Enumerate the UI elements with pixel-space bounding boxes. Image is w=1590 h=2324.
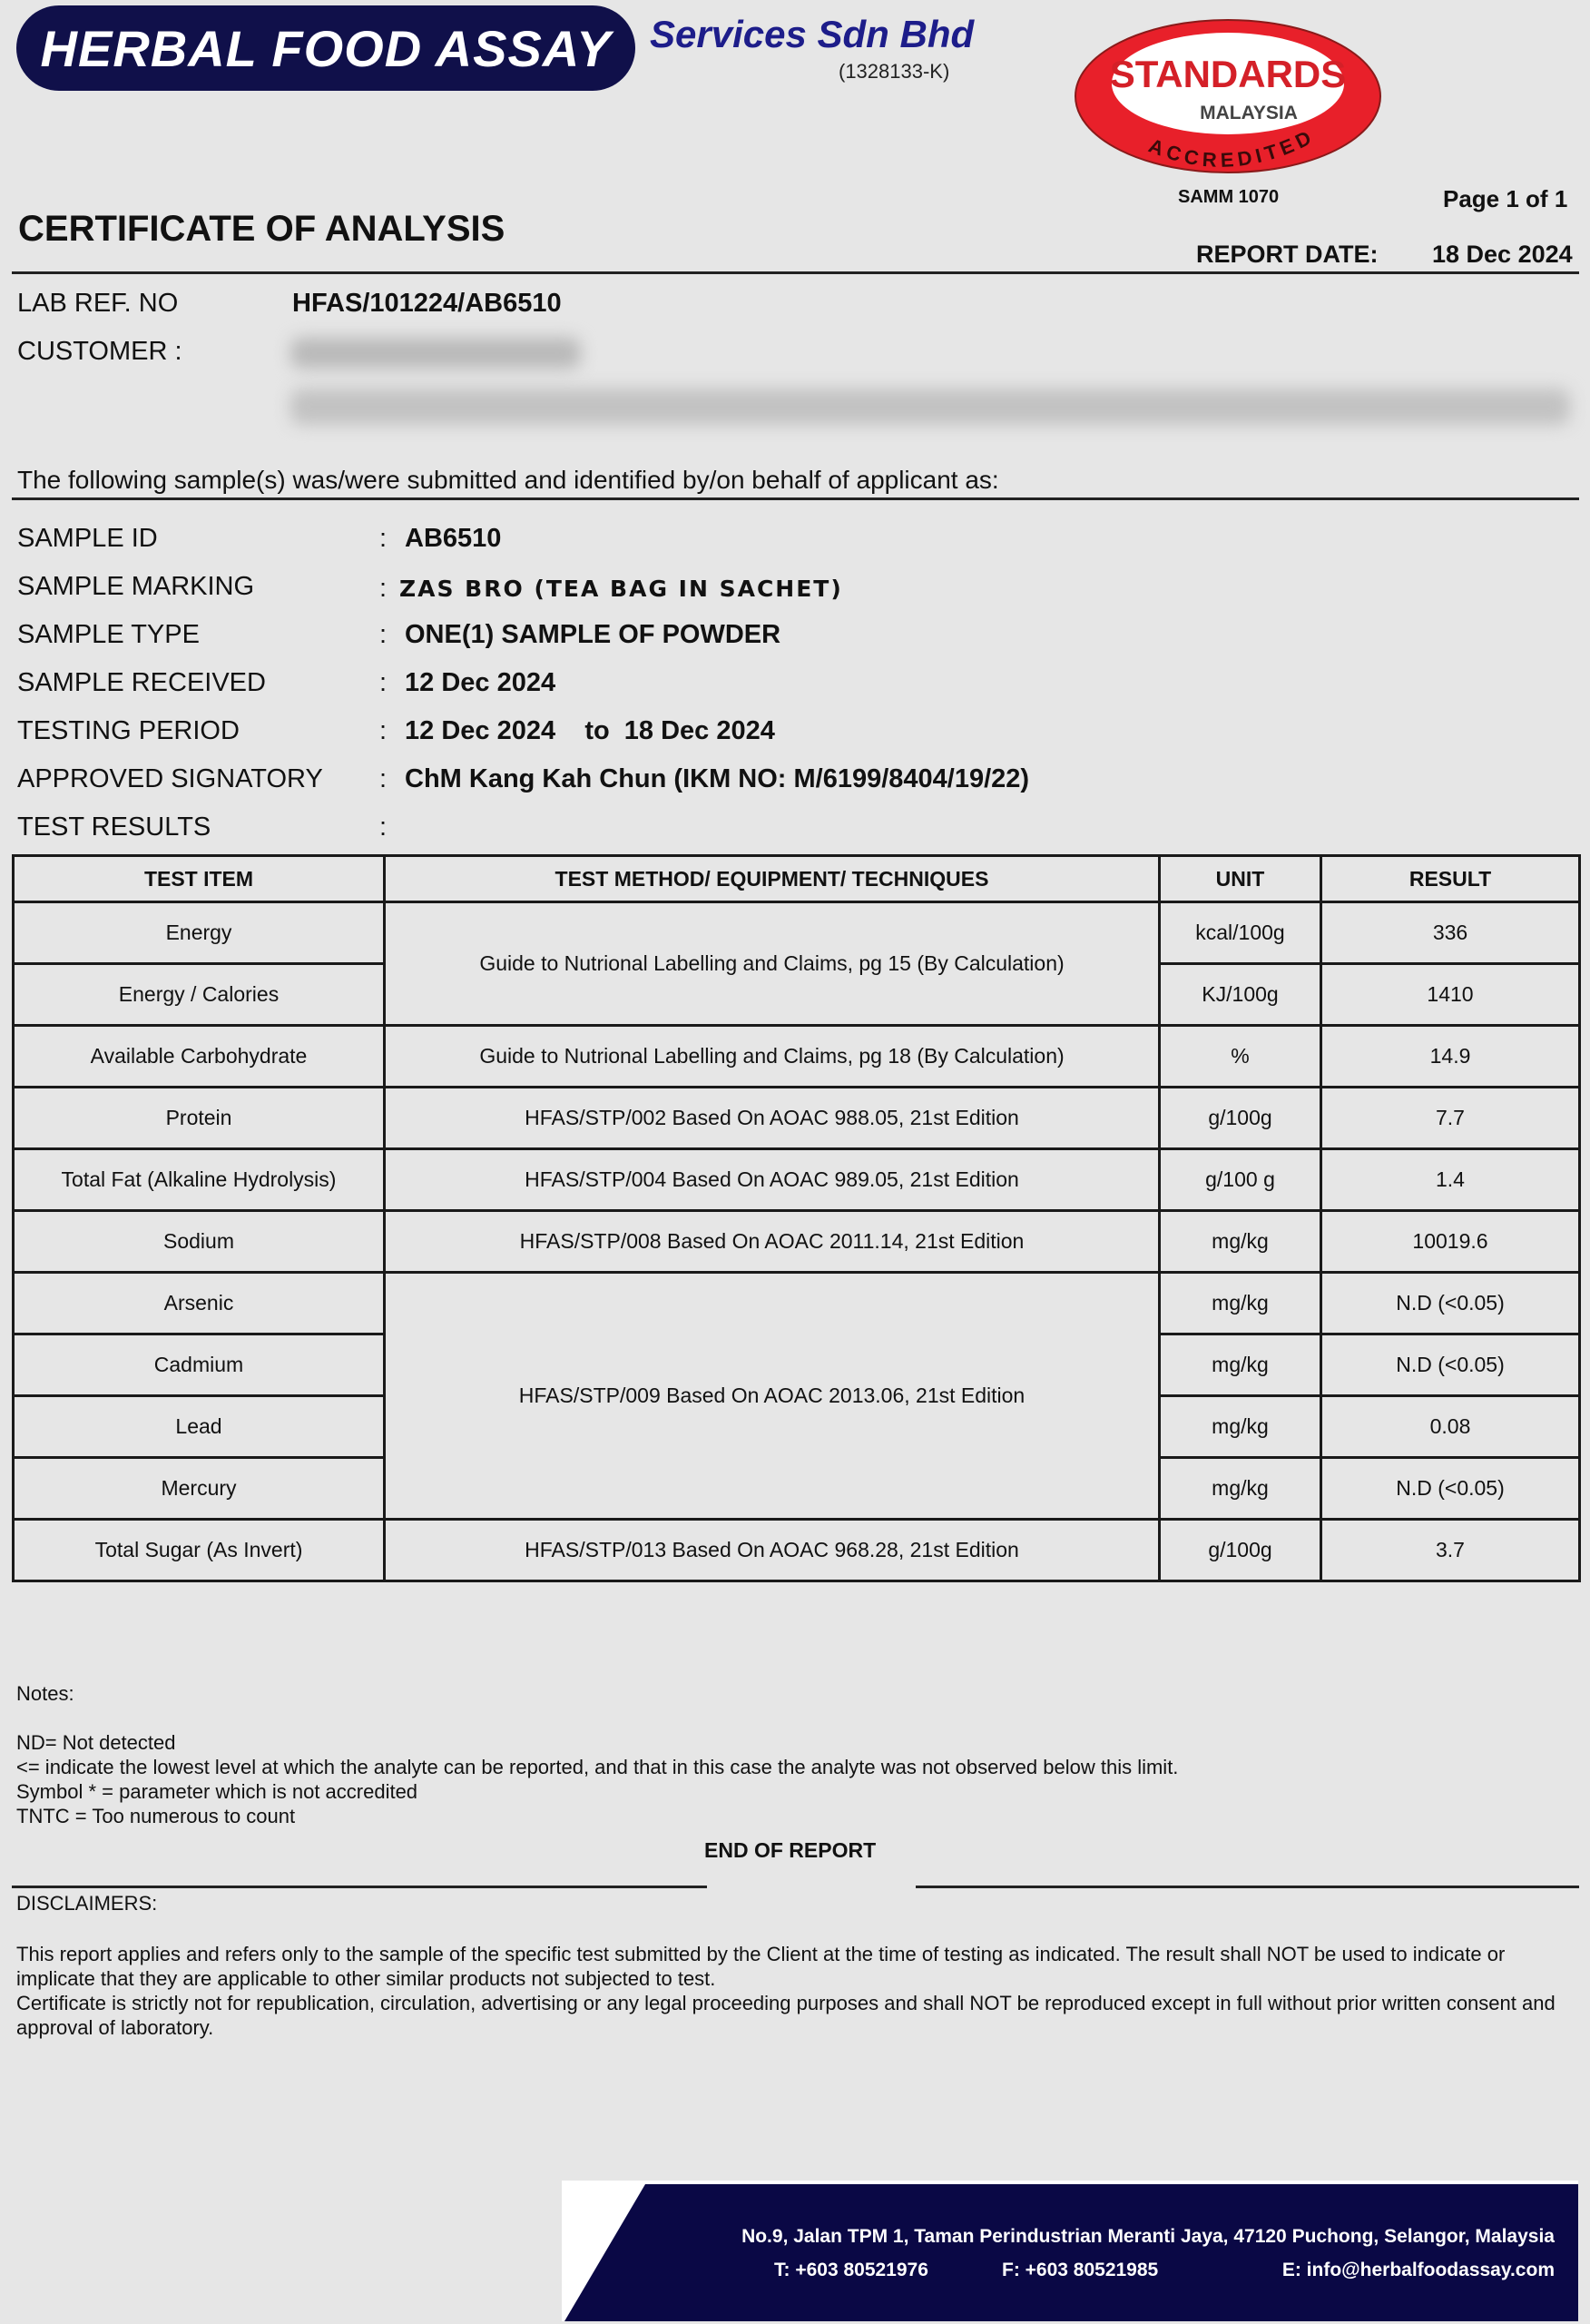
result: N.D (<0.05) — [1321, 1334, 1580, 1396]
unit: g/100g — [1160, 1520, 1321, 1581]
table-row: Protein HFAS/STP/002 Based On AOAC 988.0… — [14, 1088, 1580, 1149]
result: 336 — [1321, 902, 1580, 964]
disclaimer-line: Certificate is strictly not for republic… — [16, 1991, 1577, 2040]
unit: mg/kg — [1160, 1334, 1321, 1396]
test-method: HFAS/STP/002 Based On AOAC 988.05, 21st … — [385, 1088, 1160, 1149]
divider — [916, 1886, 1579, 1888]
unit: mg/kg — [1160, 1273, 1321, 1334]
unit: mg/kg — [1160, 1396, 1321, 1458]
sample-type-label: SAMPLE TYPE — [17, 620, 200, 650]
lab-ref-value: HFAS/101224/AB6510 — [292, 289, 562, 319]
test-item: Mercury — [14, 1458, 385, 1520]
test-item: Total Fat (Alkaline Hydrolysis) — [14, 1149, 385, 1211]
test-item: Total Sugar (As Invert) — [14, 1520, 385, 1581]
unit: mg/kg — [1160, 1458, 1321, 1520]
disclaimer-line: This report applies and refers only to t… — [16, 1942, 1577, 1991]
sample-id-value: AB6510 — [405, 524, 501, 554]
testing-period-value: 12 Dec 2024 to 18 Dec 2024 — [405, 716, 775, 746]
table-row: Total Fat (Alkaline Hydrolysis) HFAS/STP… — [14, 1149, 1580, 1211]
unit: kcal/100g — [1160, 902, 1321, 964]
sample-received-value: 12 Dec 2024 — [405, 668, 555, 698]
test-item: Lead — [14, 1396, 385, 1458]
table-row: Energy Guide to Nutrional Labelling and … — [14, 902, 1580, 964]
test-item: Energy — [14, 902, 385, 964]
sample-received-label: SAMPLE RECEIVED — [17, 668, 266, 698]
results-table: TEST ITEM TEST METHOD/ EQUIPMENT/ TECHNI… — [12, 854, 1581, 1582]
unit: KJ/100g — [1160, 964, 1321, 1026]
test-item: Energy / Calories — [14, 964, 385, 1026]
result: N.D (<0.05) — [1321, 1273, 1580, 1334]
footer-email[interactable]: E: info@herbalfoodassay.com — [1282, 2260, 1555, 2281]
footer-address: No.9, Jalan TPM 1, Taman Perindustrian M… — [741, 2226, 1555, 2248]
result: 1.4 — [1321, 1149, 1580, 1211]
test-item: Protein — [14, 1088, 385, 1149]
divider — [12, 271, 1579, 274]
sample-type-value: ONE(1) SAMPLE OF POWDER — [405, 620, 780, 650]
footer-band-shape-icon — [562, 2181, 1578, 2321]
footer-fax: F: +603 80521985 — [1002, 2260, 1158, 2281]
notes-title: Notes: — [16, 1681, 1178, 1706]
report-date-label: REPORT DATE: — [1196, 241, 1379, 269]
table-row: Arsenic HFAS/STP/009 Based On AOAC 2013.… — [14, 1273, 1580, 1334]
test-method: HFAS/STP/008 Based On AOAC 2011.14, 21st… — [385, 1211, 1160, 1273]
separator: : — [379, 716, 387, 746]
testing-period-label: TESTING PERIOD — [17, 716, 240, 746]
separator: : — [379, 812, 387, 842]
test-results-label: TEST RESULTS — [17, 812, 211, 842]
end-of-report: END OF REPORT — [704, 1838, 876, 1863]
approved-signatory-label: APPROVED SIGNATORY — [17, 764, 323, 794]
result: N.D (<0.05) — [1321, 1458, 1580, 1520]
note-line: Symbol * = parameter which is not accred… — [16, 1779, 1178, 1804]
separator: : — [379, 574, 387, 604]
table-row: Sodium HFAS/STP/008 Based On AOAC 2011.1… — [14, 1211, 1580, 1273]
report-date-value: 18 Dec 2024 — [1432, 241, 1573, 269]
company-suffix: Services Sdn Bhd — [650, 13, 974, 56]
result: 1410 — [1321, 964, 1580, 1026]
separator: : — [379, 668, 387, 698]
test-method: HFAS/STP/004 Based On AOAC 989.05, 21st … — [385, 1149, 1160, 1211]
separator: : — [379, 524, 387, 554]
company-logo: HERBAL FOOD ASSAY — [16, 5, 635, 91]
intro-text: The following sample(s) was/were submitt… — [17, 466, 999, 495]
column-header-test-item: TEST ITEM — [14, 856, 385, 902]
accreditation-badge-icon: STANDARDS MALAYSIA ACCREDITED — [1071, 16, 1385, 180]
test-item: Sodium — [14, 1211, 385, 1273]
customer-label: CUSTOMER : — [17, 337, 182, 367]
sample-marking-label: SAMPLE MARKING — [17, 572, 254, 602]
test-method: HFAS/STP/013 Based On AOAC 968.28, 21st … — [385, 1520, 1160, 1581]
page-indicator: Page 1 of 1 — [1443, 185, 1567, 213]
test-method: HFAS/STP/009 Based On AOAC 2013.06, 21st… — [385, 1273, 1160, 1520]
divider — [12, 1886, 707, 1888]
table-row: Available Carbohydrate Guide to Nutriona… — [14, 1026, 1580, 1088]
note-line: TNTC = Too numerous to count — [16, 1804, 1178, 1828]
sample-id-label: SAMPLE ID — [17, 524, 158, 554]
disclaimers-body: This report applies and refers only to t… — [16, 1942, 1577, 2040]
logo-text: HERBAL FOOD ASSAY — [41, 19, 612, 78]
company-registration: (1328133-K) — [839, 60, 949, 84]
footer-telephone: T: +603 80521976 — [774, 2260, 928, 2281]
test-item: Available Carbohydrate — [14, 1026, 385, 1088]
test-method: Guide to Nutrional Labelling and Claims,… — [385, 902, 1160, 1026]
test-item: Arsenic — [14, 1273, 385, 1334]
test-item: Cadmium — [14, 1334, 385, 1396]
approved-signatory-value: ChM Kang Kah Chun (IKM NO: M/6199/8404/1… — [405, 764, 1029, 794]
result: 3.7 — [1321, 1520, 1580, 1581]
divider — [12, 497, 1579, 500]
note-line: <= indicate the lowest level at which th… — [16, 1755, 1178, 1779]
result: 10019.6 — [1321, 1211, 1580, 1273]
unit: g/100g — [1160, 1088, 1321, 1149]
disclaimers-title: DISCLAIMERS: — [16, 1892, 157, 1915]
column-header-unit: UNIT — [1160, 856, 1321, 902]
table-header-row: TEST ITEM TEST METHOD/ EQUIPMENT/ TECHNI… — [14, 856, 1580, 902]
svg-text:MALAYSIA: MALAYSIA — [1200, 103, 1298, 123]
table-row: Total Sugar (As Invert) HFAS/STP/013 Bas… — [14, 1520, 1580, 1581]
column-header-result: RESULT — [1321, 856, 1580, 902]
unit: % — [1160, 1026, 1321, 1088]
svg-text:STANDARDS: STANDARDS — [1110, 53, 1347, 95]
separator: : — [379, 764, 387, 794]
result: 7.7 — [1321, 1088, 1580, 1149]
test-method: Guide to Nutrional Labelling and Claims,… — [385, 1026, 1160, 1088]
note-line: ND= Not detected — [16, 1730, 1178, 1755]
lab-ref-label: LAB REF. NO — [17, 289, 178, 319]
samm-number: SAMM 1070 — [1178, 187, 1279, 208]
unit: mg/kg — [1160, 1211, 1321, 1273]
page-title: CERTIFICATE OF ANALYSIS — [18, 209, 505, 250]
notes-section: Notes: ND= Not detected <= indicate the … — [16, 1681, 1178, 1828]
unit: g/100 g — [1160, 1149, 1321, 1211]
separator: : — [379, 620, 387, 650]
footer-contact-band: No.9, Jalan TPM 1, Taman Perindustrian M… — [562, 2181, 1578, 2321]
sample-marking-value: ZAS BRO (TEA BAG IN SACHET) — [399, 576, 843, 602]
column-header-test-method: TEST METHOD/ EQUIPMENT/ TECHNIQUES — [385, 856, 1160, 902]
result: 0.08 — [1321, 1396, 1580, 1458]
result: 14.9 — [1321, 1026, 1580, 1088]
